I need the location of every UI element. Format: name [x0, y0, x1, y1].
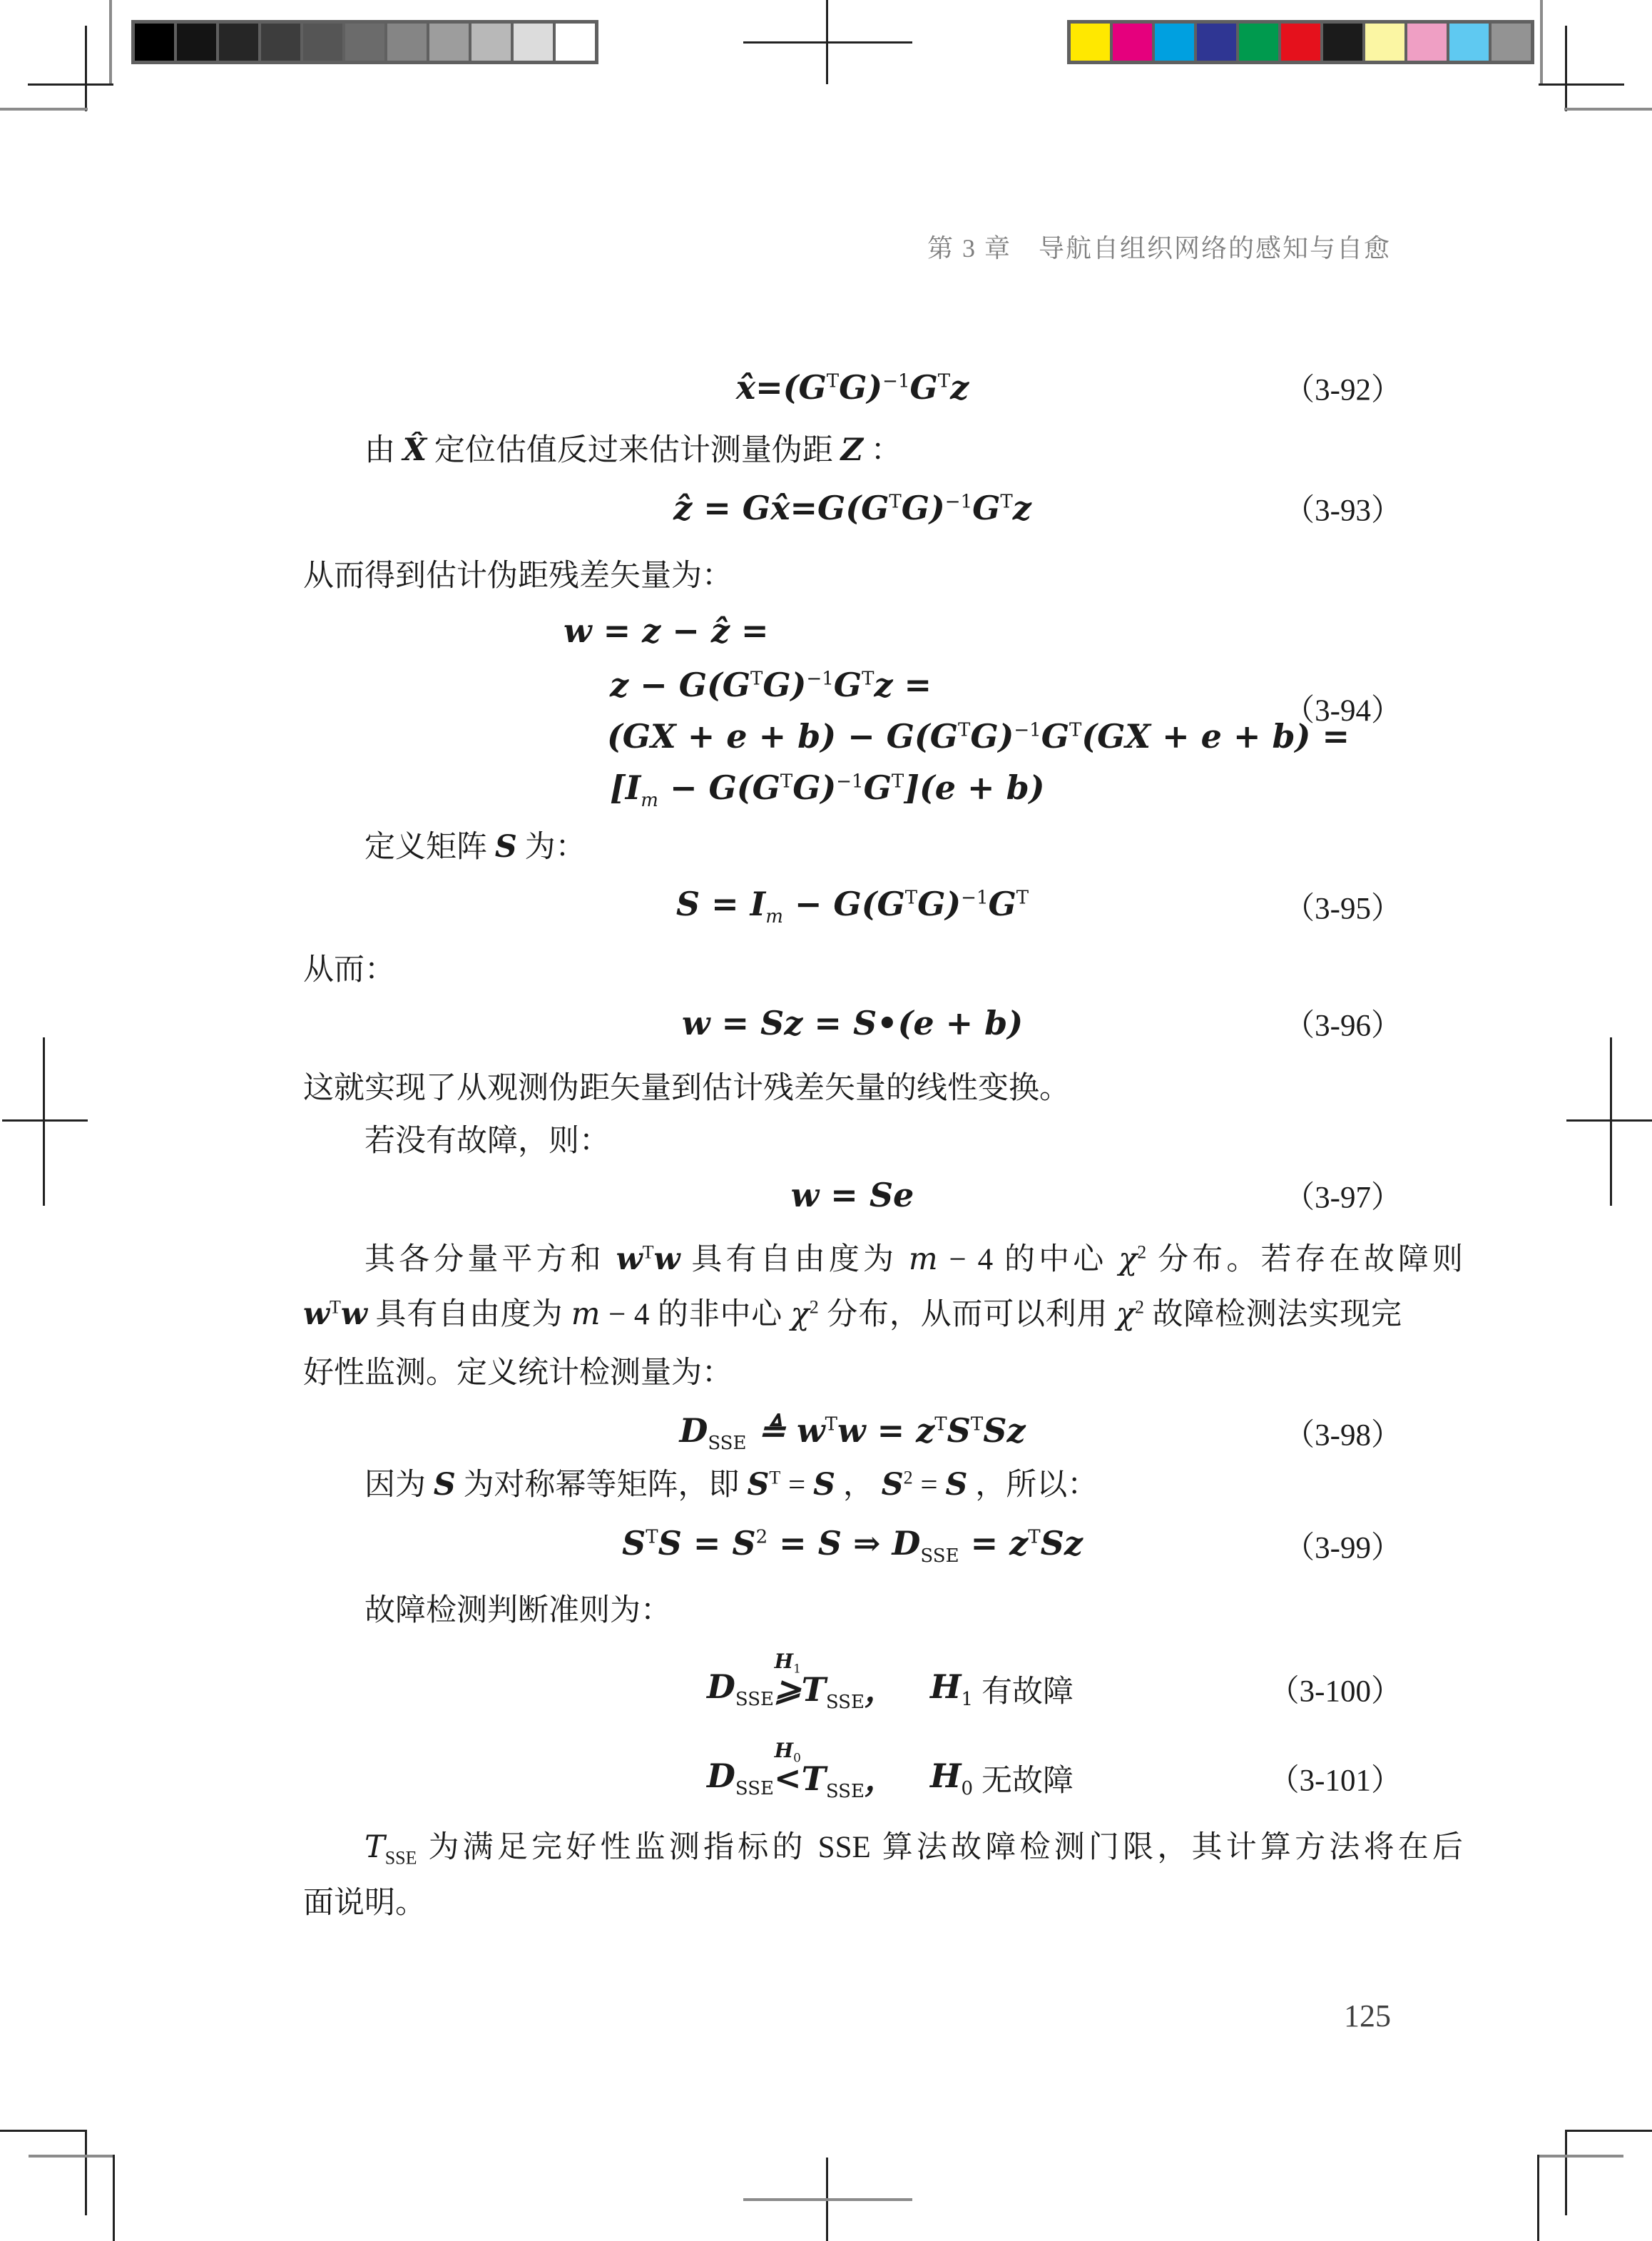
- equation-3-97: w = Se （3-97）: [303, 1170, 1402, 1220]
- calibration-square: [303, 24, 342, 61]
- formula-lhs: DSSE: [707, 1667, 774, 1710]
- grayscale-calibration-strip: [131, 20, 598, 64]
- condition-symbol: H0: [930, 1757, 973, 1799]
- condition-text: 有故障: [981, 1667, 1074, 1711]
- paragraph: 好性监测。定义统计检测量为：: [303, 1353, 733, 1393]
- paragraph: 定义矩阵 S 为：: [303, 828, 586, 868]
- crop-mark-line: [1538, 2155, 1623, 2158]
- hypothesis-label: H1: [775, 1650, 801, 1677]
- equation-number: （3-93）: [1284, 487, 1402, 530]
- equation-3-101: DSSE H0 < TSSE， H0 无故障 （3-101）: [303, 1753, 1402, 1803]
- page-number: 125: [1344, 1998, 1391, 2034]
- formula: STS = S2 = S ⇒ DSSE = zTSz: [622, 1524, 1083, 1567]
- crop-mark-line: [1564, 108, 1652, 111]
- paragraph: 其各分量平方和 wTw 具有自由度为 m − 4 的中心 χ2 分布。若存在故障…: [303, 1240, 1463, 1280]
- formula: S = Im − G(GTG)−1GT: [676, 885, 1029, 928]
- crop-mark-line: [0, 108, 88, 111]
- equation-number: （3-92）: [1284, 366, 1402, 410]
- paragraph: 这就实现了从观测伪距矢量到估计残差矢量的线性变换。: [303, 1069, 1070, 1109]
- paragraph: 从而得到估计伪距残差矢量为：: [303, 557, 733, 596]
- crop-mark-line: [743, 41, 912, 44]
- calibration-square: [514, 24, 553, 61]
- condition-text: 无故障: [981, 1757, 1074, 1800]
- paragraph: 从而：: [303, 950, 395, 990]
- crop-mark-line: [1565, 26, 1567, 111]
- crop-mark-line: [1566, 1119, 1652, 1122]
- paragraph: 若没有故障，则：: [303, 1122, 610, 1162]
- equation-3-98: DSSE ≜ wTw = zTSTSz （3-98）: [303, 1408, 1402, 1458]
- calibration-square: [1197, 24, 1236, 61]
- calibration-square: [471, 24, 511, 61]
- crop-mark-line: [28, 83, 113, 86]
- calibration-square: [1407, 24, 1447, 61]
- formula: w = Se: [791, 1176, 914, 1214]
- formula: DSSE ≜ wTw = zTSTSz: [679, 1411, 1025, 1454]
- crop-mark-line: [1565, 2130, 1567, 2215]
- equation-number: （3-95）: [1284, 885, 1402, 928]
- crop-mark-line: [1539, 83, 1624, 86]
- condition-symbol: H1: [930, 1667, 973, 1710]
- calibration-square: [1281, 24, 1320, 61]
- calibration-square: [1113, 24, 1152, 61]
- calibration-square: [556, 24, 595, 61]
- equation-number: （3-96）: [1284, 1002, 1402, 1045]
- equation-number: （3-99）: [1284, 1524, 1402, 1567]
- formula-line: [Im − G(GTG)−1GT](e + b): [610, 768, 1045, 811]
- equation-3-93: ẑ = Gx̂=G(GTG)−1GTz （3-93）: [303, 483, 1402, 533]
- equation-3-95: S = Im − G(GTG)−1GT （3-95）: [303, 881, 1402, 931]
- equation-3-99: STS = S2 = S ⇒ DSSE = zTSz （3-99）: [303, 1520, 1402, 1570]
- formula-line: w = z − ẑ =: [564, 611, 769, 650]
- calibration-square: [1155, 24, 1194, 61]
- formula-rhs: TSSE，: [802, 1753, 897, 1802]
- crop-mark-line: [43, 1037, 45, 1206]
- formula: ẑ = Gx̂=G(GTG)−1GTz: [673, 489, 1031, 527]
- formula-line: z − G(GTG)−1GTz =: [610, 666, 932, 704]
- calibration-square: [387, 24, 427, 61]
- crop-mark-line: [1566, 2130, 1652, 2132]
- equation-3-92: x̂=(GTG)−1GTz （3-92）: [303, 362, 1402, 412]
- paragraph: wTw 具有自由度为 m − 4 的非中心 χ2 分布，从而可以利用 χ2 故障…: [303, 1295, 1402, 1335]
- paragraph: 面说明。: [303, 1884, 426, 1924]
- crop-mark-line: [1537, 2155, 1539, 2241]
- paragraph: TSSE 为满足完好性监测指标的 SSE 算法故障检测门限，其计算方法将在后: [303, 1828, 1463, 1870]
- crop-mark-line: [85, 2130, 87, 2215]
- color-calibration-strip: [1067, 20, 1534, 64]
- crop-mark-line: [0, 2130, 86, 2132]
- equation-number: （3-101）: [1269, 1757, 1402, 1800]
- calibration-square: [261, 24, 300, 61]
- equation-number: （3-98）: [1284, 1411, 1402, 1455]
- calibration-square: [219, 24, 258, 61]
- equation-number: （3-97）: [1284, 1174, 1402, 1217]
- crop-mark-line: [1540, 0, 1543, 86]
- calibration-square: [1492, 24, 1531, 61]
- crop-mark-line: [85, 26, 87, 111]
- equation-3-94: w = z − ẑ = z − G(GTG)−1GTz = (GX + e + …: [303, 611, 1402, 825]
- calibration-square: [429, 24, 469, 61]
- paragraph: 由 X̂ 定位估值反过来估计测量伪距 Z ：: [303, 431, 902, 471]
- chapter-running-head: 第 3 章 导航自组织网络的感知与自愈: [927, 228, 1391, 265]
- calibration-square: [345, 24, 384, 61]
- calibration-square: [1071, 24, 1110, 61]
- formula-rhs: TSSE，: [802, 1664, 897, 1713]
- formula-line: (GX + e + b) − G(GTG)−1GT(GX + e + b) =: [607, 717, 1350, 756]
- equation-number: （3-100）: [1269, 1667, 1402, 1711]
- crop-mark-line: [109, 0, 112, 86]
- formula: x̂=(GTG)−1GTz: [736, 368, 969, 407]
- calibration-square: [135, 24, 174, 61]
- scanned-book-page: 第 3 章 导航自组织网络的感知与自愈 x̂=(GTG)−1GTz （3-92）…: [0, 0, 1652, 2241]
- formula: w = Sz = S•(e + b): [682, 1004, 1023, 1042]
- crop-mark-line: [113, 2155, 115, 2241]
- paragraph: 因为 S 为对称幂等矩阵，即 ST = S ， S2 = S ，所以：: [303, 1465, 1098, 1505]
- crop-mark-line: [29, 2155, 114, 2158]
- hypothesis-label: H0: [775, 1739, 801, 1766]
- equation-number: （3-94）: [1284, 686, 1402, 730]
- equation-3-96: w = Sz = S•(e + b) （3-96）: [303, 998, 1402, 1048]
- calibration-square: [1239, 24, 1278, 61]
- crop-mark-line: [743, 2198, 912, 2201]
- calibration-square: [1365, 24, 1404, 61]
- calibration-square: [1323, 24, 1362, 61]
- paragraph: 故障检测判断准则为：: [303, 1591, 671, 1631]
- crop-mark-line: [1610, 1037, 1612, 1206]
- formula-lhs: DSSE: [707, 1757, 774, 1799]
- calibration-square: [177, 24, 216, 61]
- calibration-square: [1449, 24, 1489, 61]
- equation-3-100: DSSE H1 ⩾ TSSE， H1 有故障 （3-100）: [303, 1664, 1402, 1714]
- crop-mark-line: [2, 1119, 88, 1122]
